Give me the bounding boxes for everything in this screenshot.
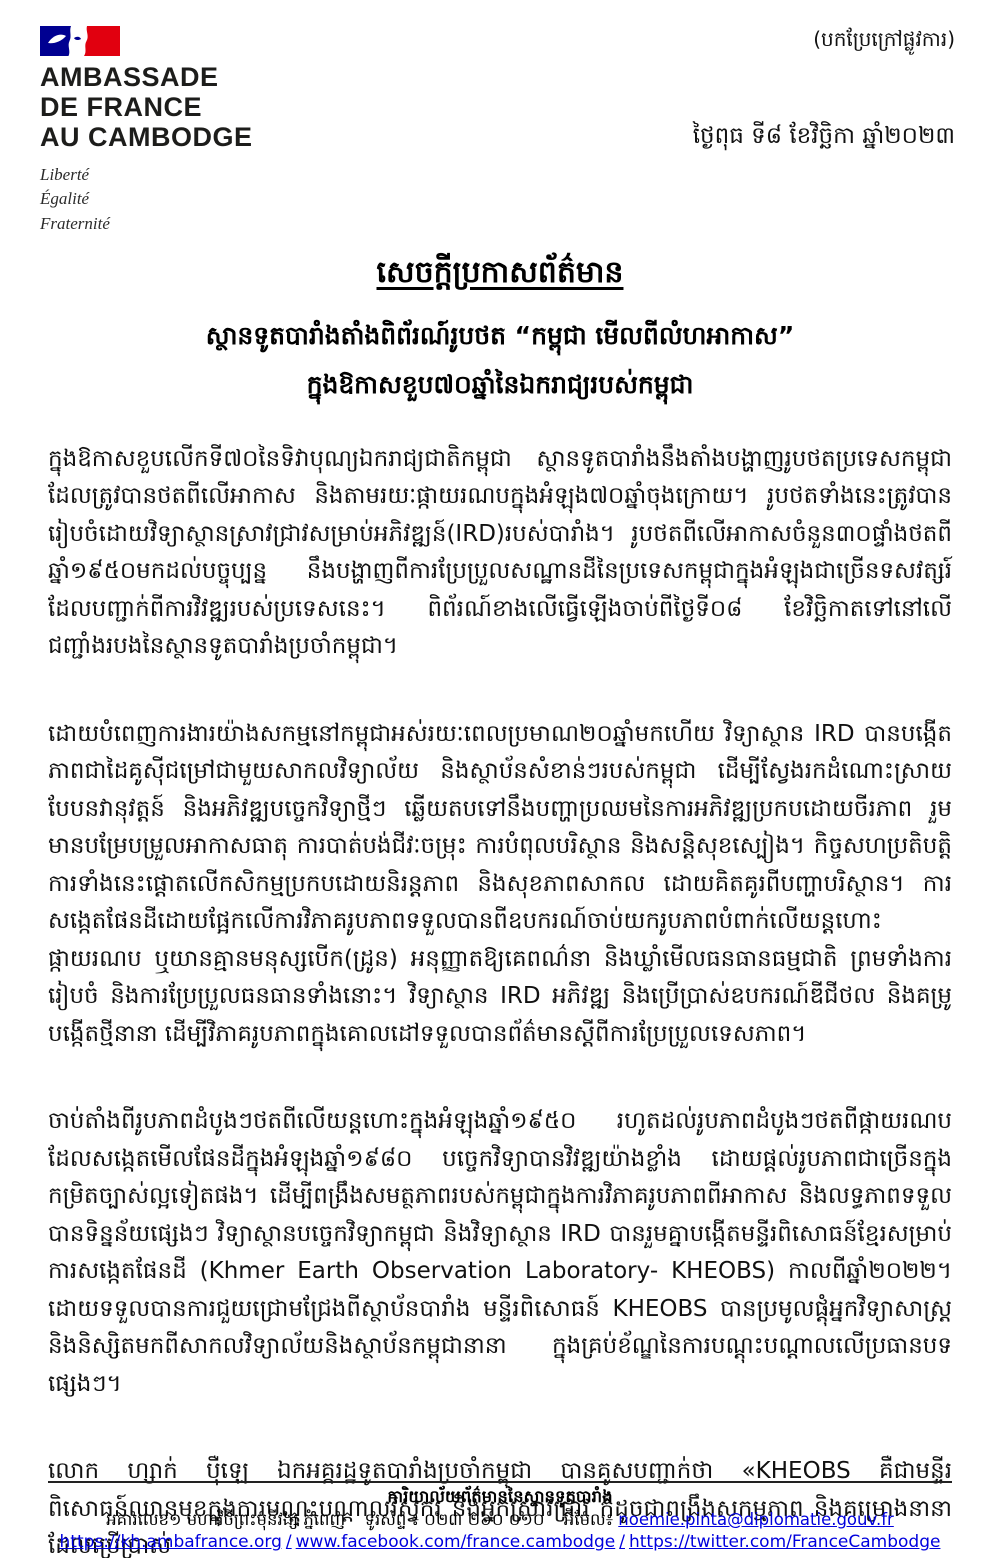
- paragraph-1: ក្នុងឱកាសខួបលើកទី៧០នៃទិវាបុណ្យឯករាជ្យជាត…: [48, 441, 952, 666]
- translation-note: (បកប្រែក្រៅផ្លូវការ): [693, 26, 955, 56]
- footer-divider: [48, 1481, 952, 1483]
- paragraph-3: ចាប់តាំងពីរូបភាពដំបូងៗថតពីលើយន្តហោះក្នុង…: [48, 1103, 952, 1403]
- link-separator: /: [615, 1532, 629, 1552]
- date-line: ថ្ងៃពុធ ទី៨ ខែវិច្ឆិកា ឆ្នាំ២០២៣: [693, 122, 955, 155]
- org-line-3: AU CAMBODGE: [40, 122, 253, 152]
- page-title: សេចក្តីប្រកាសព័ត៌មាន: [48, 253, 952, 297]
- website-link[interactable]: https://kh.ambafrance.org: [60, 1532, 282, 1552]
- footer-address: អគារលេខ១ មហាវិថីព្រះមុនីវង្ស ភ្នំពេញ: [106, 1510, 345, 1529]
- header-right: (បកប្រែក្រៅផ្លូវការ) ថ្ងៃពុធ ទី៨ ខែវិច្ឆ…: [693, 26, 955, 155]
- motto-line-2: Égalité: [40, 187, 253, 212]
- paragraph-2: ដោយបំពេញការងារយ៉ាងសកម្មនៅកម្ពុជាអស់រយៈពេ…: [48, 716, 952, 1054]
- header: AMBASSADE DE FRANCE AU CAMBODGE Liberté …: [0, 0, 1000, 237]
- org-line-1: AMBASSADE: [40, 62, 253, 92]
- footer: ការិយាល័យព័ត៌មាននៃស្ថានទូតបារាំង អគារលេខ…: [48, 1481, 952, 1554]
- facebook-link[interactable]: www.facebook.com/france.cambodge: [296, 1532, 616, 1552]
- press-release-page: AMBASSADE DE FRANCE AU CAMBODGE Liberté …: [0, 0, 1000, 1558]
- link-separator: /: [282, 1532, 296, 1552]
- french-flag-icon: [40, 26, 120, 56]
- subtitle-line-1: ស្ថានទូតបារាំងតាំងពិព័រណ៍រូបថត “កម្ពុជា …: [48, 311, 952, 360]
- french-motto: Liberté Égalité Fraternité: [40, 163, 253, 237]
- embassy-wordmark: AMBASSADE DE FRANCE AU CAMBODGE: [40, 62, 253, 153]
- footer-phone-number: ០២៣ ២៦០ ០១០: [424, 1510, 544, 1529]
- org-line-2: DE FRANCE: [40, 92, 253, 122]
- footer-phone-label: ទូរស័ព្ទ ៖: [365, 1510, 419, 1529]
- footer-office-title: ការិយាល័យព័ត៌មាននៃស្ថានទូតបារាំង: [48, 1486, 952, 1508]
- motto-line-3: Fraternité: [40, 212, 253, 237]
- footer-contact-line: អគារលេខ១ មហាវិថីព្រះមុនីវង្ស ភ្នំពេញ ទូរ…: [48, 1508, 952, 1531]
- twitter-link[interactable]: https://twitter.com/FranceCambodge: [629, 1532, 941, 1552]
- footer-email-label: អ៊ីមែល៖: [564, 1510, 613, 1529]
- document-body: សេចក្តីប្រកាសព័ត៌មាន ស្ថានទូតបារាំងតាំងព…: [0, 253, 1000, 1558]
- footer-links-line: https://kh.ambafrance.org/www.facebook.c…: [48, 1531, 952, 1554]
- subtitle-line-2: ក្នុងឱកាសខួប៧០ឆ្នាំនៃឯករាជ្យរបស់កម្ពុជា: [48, 360, 952, 409]
- email-link[interactable]: noemie.pinta@diplomatie.gouv.fr: [618, 1510, 894, 1529]
- embassy-logo: AMBASSADE DE FRANCE AU CAMBODGE Liberté …: [40, 26, 253, 237]
- motto-line-1: Liberté: [40, 163, 253, 188]
